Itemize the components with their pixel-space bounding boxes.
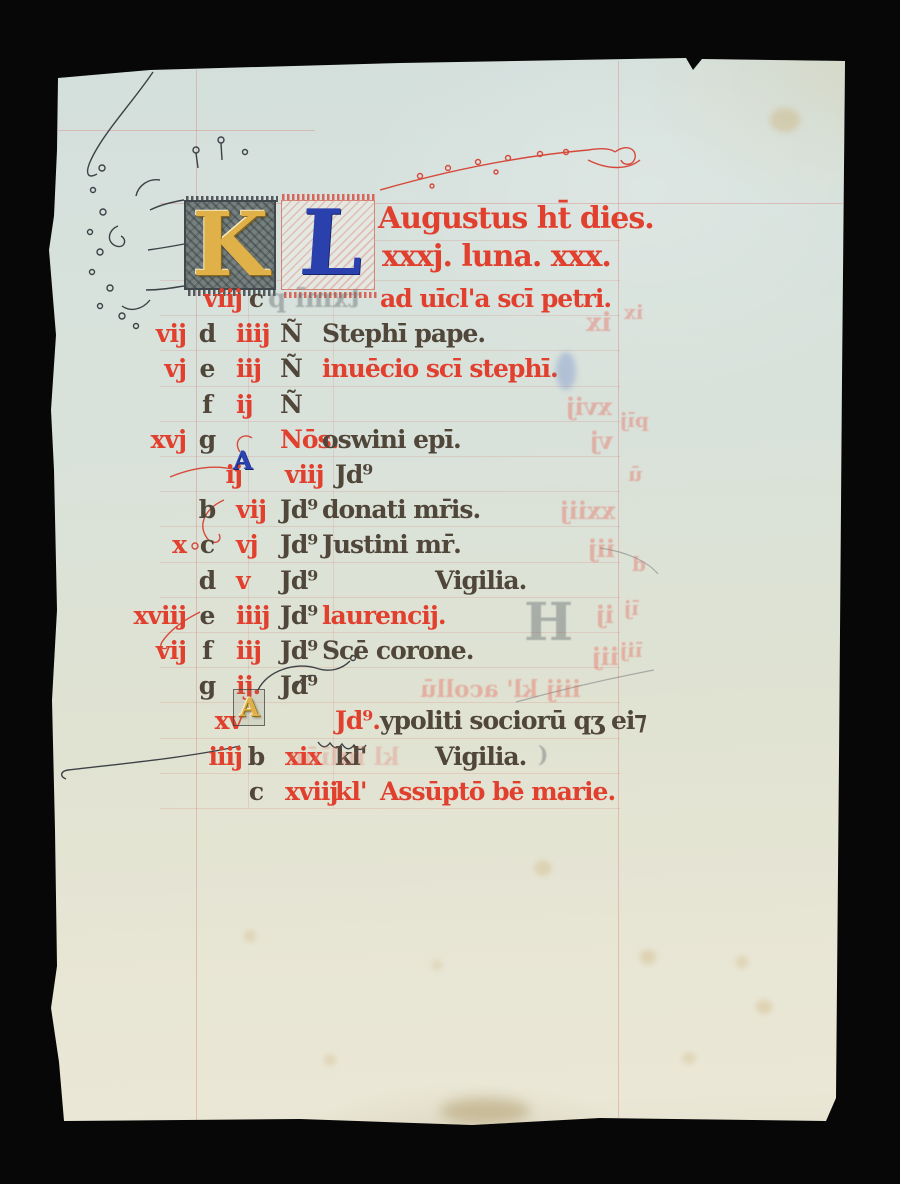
day-count: iij <box>236 351 261 386</box>
showthrough-text: vj <box>590 426 613 455</box>
showthrough-text: iiij kl' acollū <box>420 676 581 703</box>
dominical-letter: g <box>194 422 220 457</box>
kalend-mark: Jd⁹. <box>335 703 380 738</box>
kalend-mark: Ñ <box>280 316 302 351</box>
showthrough-text: ij <box>596 600 614 629</box>
day-count: vij <box>236 492 266 527</box>
month-heading-line1: Augustus ht̄ dies. <box>378 200 654 238</box>
foxing-spot <box>583 1163 587 1167</box>
kalend-mark: Jd⁹ <box>280 633 317 668</box>
day-count: xviij <box>285 774 337 809</box>
showthrough-text: txmī p <box>268 284 360 314</box>
feast-entry: oswini epī. <box>322 422 461 457</box>
kalend-mark: Jd⁹ <box>335 457 372 492</box>
ruled-line <box>58 130 315 131</box>
kalend-mark: Jd⁹ <box>280 527 317 562</box>
day-count: iiij <box>236 316 270 351</box>
kalend-mark: Jd⁹ <box>280 492 317 527</box>
foxing-spot <box>534 860 552 876</box>
showthrough-text: kl īulīūe <box>288 742 400 771</box>
showthrough-text: ix <box>586 308 611 338</box>
foxing-spot <box>440 1098 530 1124</box>
golden-number: iiij <box>182 739 242 774</box>
day-count: v <box>236 563 250 598</box>
dominical-letter: c <box>194 527 220 562</box>
golden-number: vj <box>126 351 186 386</box>
showthrough-text: xvij <box>566 392 612 421</box>
golden-number: vij <box>126 633 186 668</box>
dominical-letter-initial: A <box>233 689 265 726</box>
kalend-mark: kl' <box>335 774 366 809</box>
golden-number: xvj <box>126 422 186 457</box>
dominical-letter-initial: A <box>233 443 251 478</box>
foxing-spot <box>556 352 576 390</box>
feast-entry: ad uīcl'a scī petri. <box>380 281 611 316</box>
feast-entry: Justini mr̄. <box>322 527 461 562</box>
showthrough-text: īj <box>624 596 639 620</box>
dominical-letter: f <box>194 633 220 668</box>
manuscript-leaf: K L Augustus ht̄ dies. xxxj. luna. xxx. … <box>0 0 900 1184</box>
day-count: ij <box>236 387 253 422</box>
feast-entry: Stephī pape. <box>322 316 485 351</box>
showthrough-text: ) <box>538 742 548 768</box>
month-heading-line2: xxxj. luna. xxx. <box>382 238 611 276</box>
dominical-letter: c <box>243 281 269 316</box>
showthrough-text: ix <box>624 300 644 324</box>
golden-number: viij <box>182 281 242 316</box>
day-count: iij <box>236 633 261 668</box>
foxing-spot <box>640 950 656 964</box>
foxing-spot <box>756 1000 772 1014</box>
dominical-letter: e <box>194 598 220 633</box>
foxing-spot <box>682 1052 696 1064</box>
feast-entry: Vigilia. <box>435 739 526 774</box>
photograph-background: K L Augustus ht̄ dies. xxxj. luna. xxx. … <box>0 0 900 1184</box>
showthrough-text: xxiij <box>560 496 616 525</box>
dominical-letter: b <box>243 739 269 774</box>
feast-entry: Scē corone. <box>322 633 473 668</box>
dominical-letter: d <box>194 563 220 598</box>
showthrough-text: iij <box>588 534 615 563</box>
kalend-mark: Jd⁹ <box>280 563 317 598</box>
kalend-mark: Jd⁹ <box>280 668 317 703</box>
showthrough-text: pīj <box>620 408 649 432</box>
day-count: viij <box>285 457 324 492</box>
showthrough-text: īij <box>620 638 642 662</box>
dominical-letter: e <box>194 351 220 386</box>
showthrough-text: ū <box>628 462 643 486</box>
kalend-mark: Ñ <box>280 351 302 386</box>
foxing-spot <box>736 956 748 968</box>
golden-number: xviij <box>126 598 186 633</box>
foxing-spot <box>770 108 800 132</box>
feast-entry: ypoliti sociorū qʒ ei⁊ <box>380 703 646 738</box>
kl-monogram-letter-l: L <box>296 190 367 296</box>
golden-number: vij <box>126 316 186 351</box>
day-count: vj <box>236 527 258 562</box>
feast-entry: laurencij. <box>322 598 446 633</box>
day-count: iiij <box>236 598 270 633</box>
feast-entry: Assūptō bē marie. <box>380 774 615 809</box>
showthrough-text: iij <box>592 642 619 671</box>
dominical-letter: d <box>194 316 220 351</box>
showthrough-text: d <box>632 552 646 576</box>
dominical-letter: b <box>194 492 220 527</box>
dominical-letter: g <box>194 668 220 703</box>
golden-number: x <box>126 527 186 562</box>
foxing-spot <box>432 960 442 970</box>
feast-entry: inuēcio scī stephī. <box>322 351 558 386</box>
dominical-letter: c <box>243 774 269 809</box>
kalend-mark: Jd⁹ <box>280 598 317 633</box>
foxing-spot <box>324 1054 336 1066</box>
feast-entry: Vigilia. <box>435 563 526 598</box>
foxing-spot <box>244 930 256 942</box>
showthrough-text: H <box>524 592 573 653</box>
dominical-letter: f <box>194 387 220 422</box>
feast-entry: donati mr̄is. <box>322 492 480 527</box>
kalend-mark: Ñ <box>280 387 302 422</box>
